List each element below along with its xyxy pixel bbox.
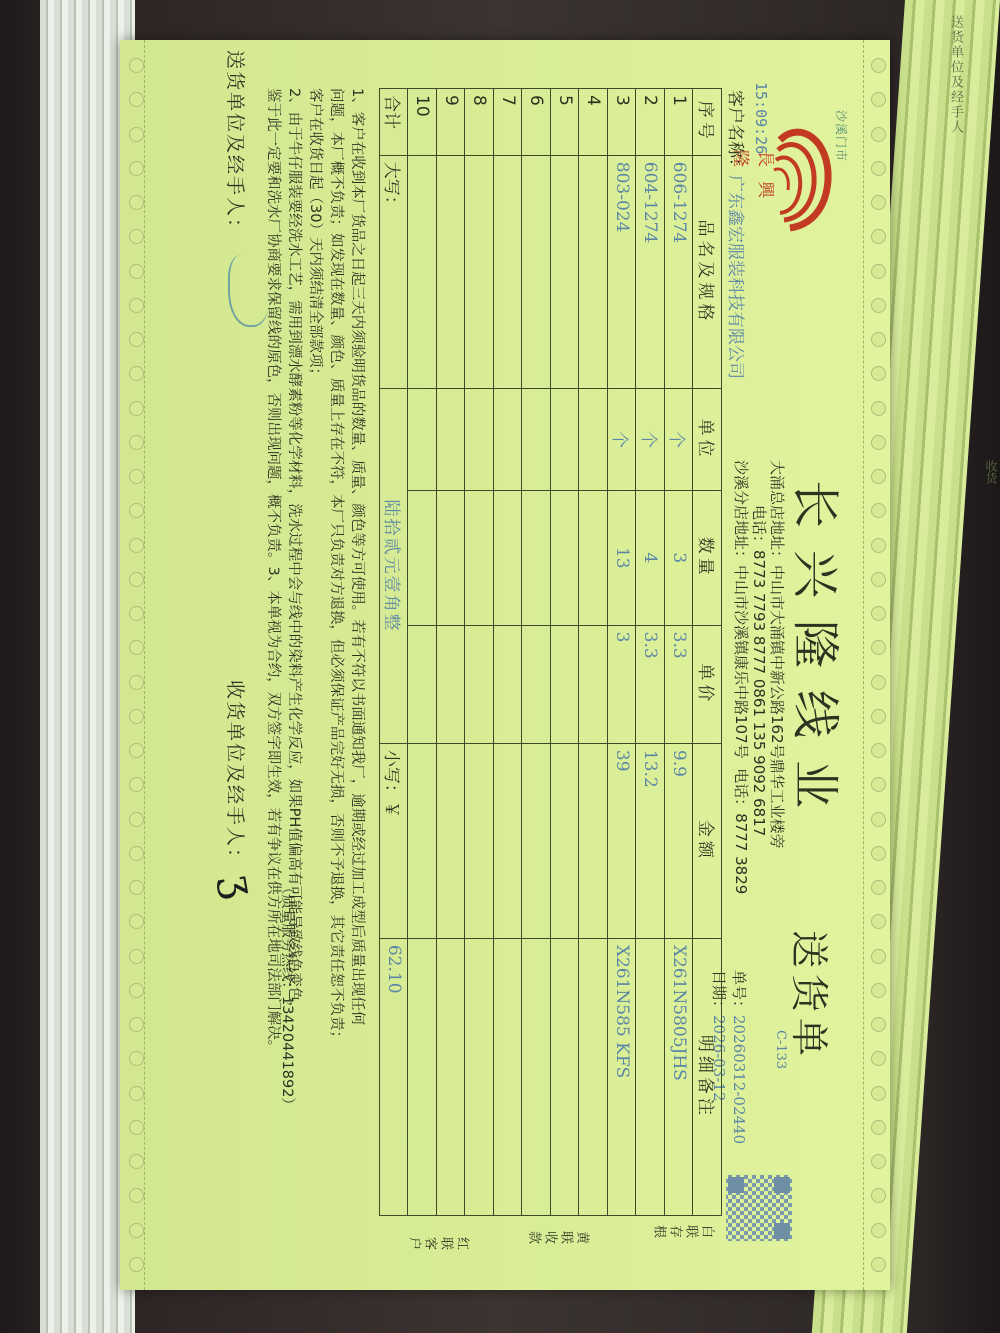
copy-label-white: 白联存根 — [651, 1220, 715, 1239]
customer-value: 广东鑫宏服装科技有限公司 — [725, 175, 745, 379]
bill-number: 单号：20260312-02440 — [729, 970, 750, 1144]
row-note: X261N5805JHS — [665, 938, 694, 1215]
row-price: 3.3 — [665, 625, 694, 743]
row-amount: 13.2 — [636, 743, 665, 938]
row-no: 5 — [551, 89, 580, 156]
row-no: 4 — [579, 89, 608, 156]
row-price: 3 — [608, 625, 637, 743]
total-label: 合计 — [380, 89, 409, 156]
hq-address: 大涌总店地址：中山市大涌镇中新公路162号鼎华工业楼旁 — [767, 460, 788, 849]
row-no: 10 — [408, 89, 437, 156]
row-no: 6 — [522, 89, 551, 156]
terms-line: 客户在收货日起（30）天内须结清全部款项； — [304, 88, 325, 1218]
table-header-row: 序号 品名及规格 单位 数量 单价 金额 明细备注 — [693, 89, 722, 1216]
table-row: 7 — [494, 89, 523, 1216]
copy-label-yellow: 黄联收款 — [526, 1226, 590, 1245]
total-in-words: 陆拾贰元壹角整 — [380, 389, 409, 744]
row-no: 2 — [636, 89, 665, 156]
table-row: 5 — [551, 89, 580, 1216]
company-title: 长兴隆线业 — [785, 480, 854, 830]
customer-name: 客户名称：广东鑫宏服装科技有限公司 — [725, 90, 750, 379]
row-note: X261N585 KFS — [608, 938, 637, 1215]
table-row: 10 — [408, 89, 437, 1216]
row-unit: 个 — [665, 389, 694, 491]
row-name: 803-024 — [608, 155, 637, 388]
perforation-bottom — [144, 40, 145, 1290]
row-qty: 13 — [608, 490, 637, 625]
col-header-name: 品名及规格 — [693, 155, 722, 388]
row-no: 8 — [465, 89, 494, 156]
table-row: 6 — [522, 89, 551, 1216]
row-amount: 9.9 — [665, 743, 694, 938]
col-header-note: 明细备注 — [693, 938, 722, 1215]
total-words-label: 大写： — [380, 155, 409, 388]
quality-hotline: （质量服务热线：13420441892） — [278, 880, 299, 1112]
col-header-amount: 金额 — [693, 743, 722, 938]
print-time: 15:09:26 — [752, 82, 770, 154]
terms-line: 问题，本厂概不负责；如发现在数量、颜色、质量上存在不符，本厂只负责对方退换，但必… — [325, 88, 346, 1218]
phone-numbers: 电话：8773 7793 8777 0861 135 9092 6817 — [749, 505, 770, 836]
total-row: 合计 大写： 陆拾贰元壹角整 小写：￥ 62.10 — [380, 89, 409, 1216]
row-price: 3.3 — [636, 625, 665, 743]
bill-number-label: 单号： — [730, 970, 748, 1015]
table-row: 2 604-1274 个 4 3.3 13.2 — [636, 89, 665, 1216]
document-type-title: 送货单 — [785, 930, 840, 1062]
terms-line: 1、客户在收到本厂货品之日起三天内须验明货品的数量、质量、颜色等方可使用。若有不… — [346, 88, 367, 1218]
tractor-holes-top — [864, 40, 886, 1290]
branch-address-text: 沙溪分店地址：中山市沙溪镇康乐中路107号 — [732, 460, 750, 759]
qr-code — [726, 1175, 792, 1241]
col-header-price: 单价 — [693, 625, 722, 743]
branch-phone: 电话：8777 3829 — [732, 768, 750, 894]
row-qty: 4 — [636, 490, 665, 625]
items-table: 序号 品名及规格 单位 数量 单价 金额 明细备注 1 606-1274 个 3… — [379, 88, 722, 1216]
row-no: 3 — [608, 89, 637, 156]
total-figure-label: 小写：￥ — [380, 743, 409, 938]
col-header-qty: 数量 — [693, 490, 722, 625]
sender-signature-label: 送货单位及经手人： — [223, 50, 250, 239]
copy-label-red: 红联客户 — [406, 1232, 470, 1251]
row-amount: 39 — [608, 743, 637, 938]
sender-signature-scribble — [228, 255, 270, 327]
row-no: 9 — [437, 89, 466, 156]
row-unit: 个 — [636, 389, 665, 491]
table-row: 4 — [579, 89, 608, 1216]
row-no: 1 — [665, 89, 694, 156]
customer-label: 客户名称： — [725, 90, 745, 175]
col-header-no: 序号 — [693, 89, 722, 156]
tractor-holes-bottom — [122, 40, 144, 1290]
table-row: 1 606-1274 个 3 3.3 9.9 X261N5805JHS — [665, 89, 694, 1216]
row-no: 7 — [494, 89, 523, 156]
form-serial: C-133 — [773, 1030, 788, 1069]
receiver-signature-label: 收货单位及经手人： — [223, 680, 250, 869]
branch-address: 沙溪分店地址：中山市沙溪镇康乐中路107号 电话：8777 3829 — [731, 460, 752, 894]
table-row: 3 803-024 个 13 3 39 X261N585 KFS — [608, 89, 637, 1216]
row-note — [636, 938, 665, 1215]
delivery-note: 沙溪门市 長興隆 15:09:26 长兴隆线业 送货单 大涌总店地址：中山市大涌… — [120, 40, 890, 1290]
table-row: 9 — [437, 89, 466, 1216]
row-name: 604-1274 — [636, 155, 665, 388]
perforation-top — [863, 40, 864, 1290]
total-figure: 62.10 — [380, 938, 409, 1215]
row-unit: 个 — [608, 389, 637, 491]
next-sheet-sub: 收货 — [980, 460, 1000, 520]
table-row: 8 — [465, 89, 494, 1216]
col-header-unit: 单位 — [693, 389, 722, 491]
receiver-signature-scribble: ʒ — [214, 871, 263, 901]
row-qty: 3 — [665, 490, 694, 625]
bill-number-value: 20260312-02440 — [730, 1015, 748, 1144]
row-name: 606-1274 — [665, 155, 694, 388]
next-sheet-text: 送货单位及经手人 — [935, 15, 965, 215]
